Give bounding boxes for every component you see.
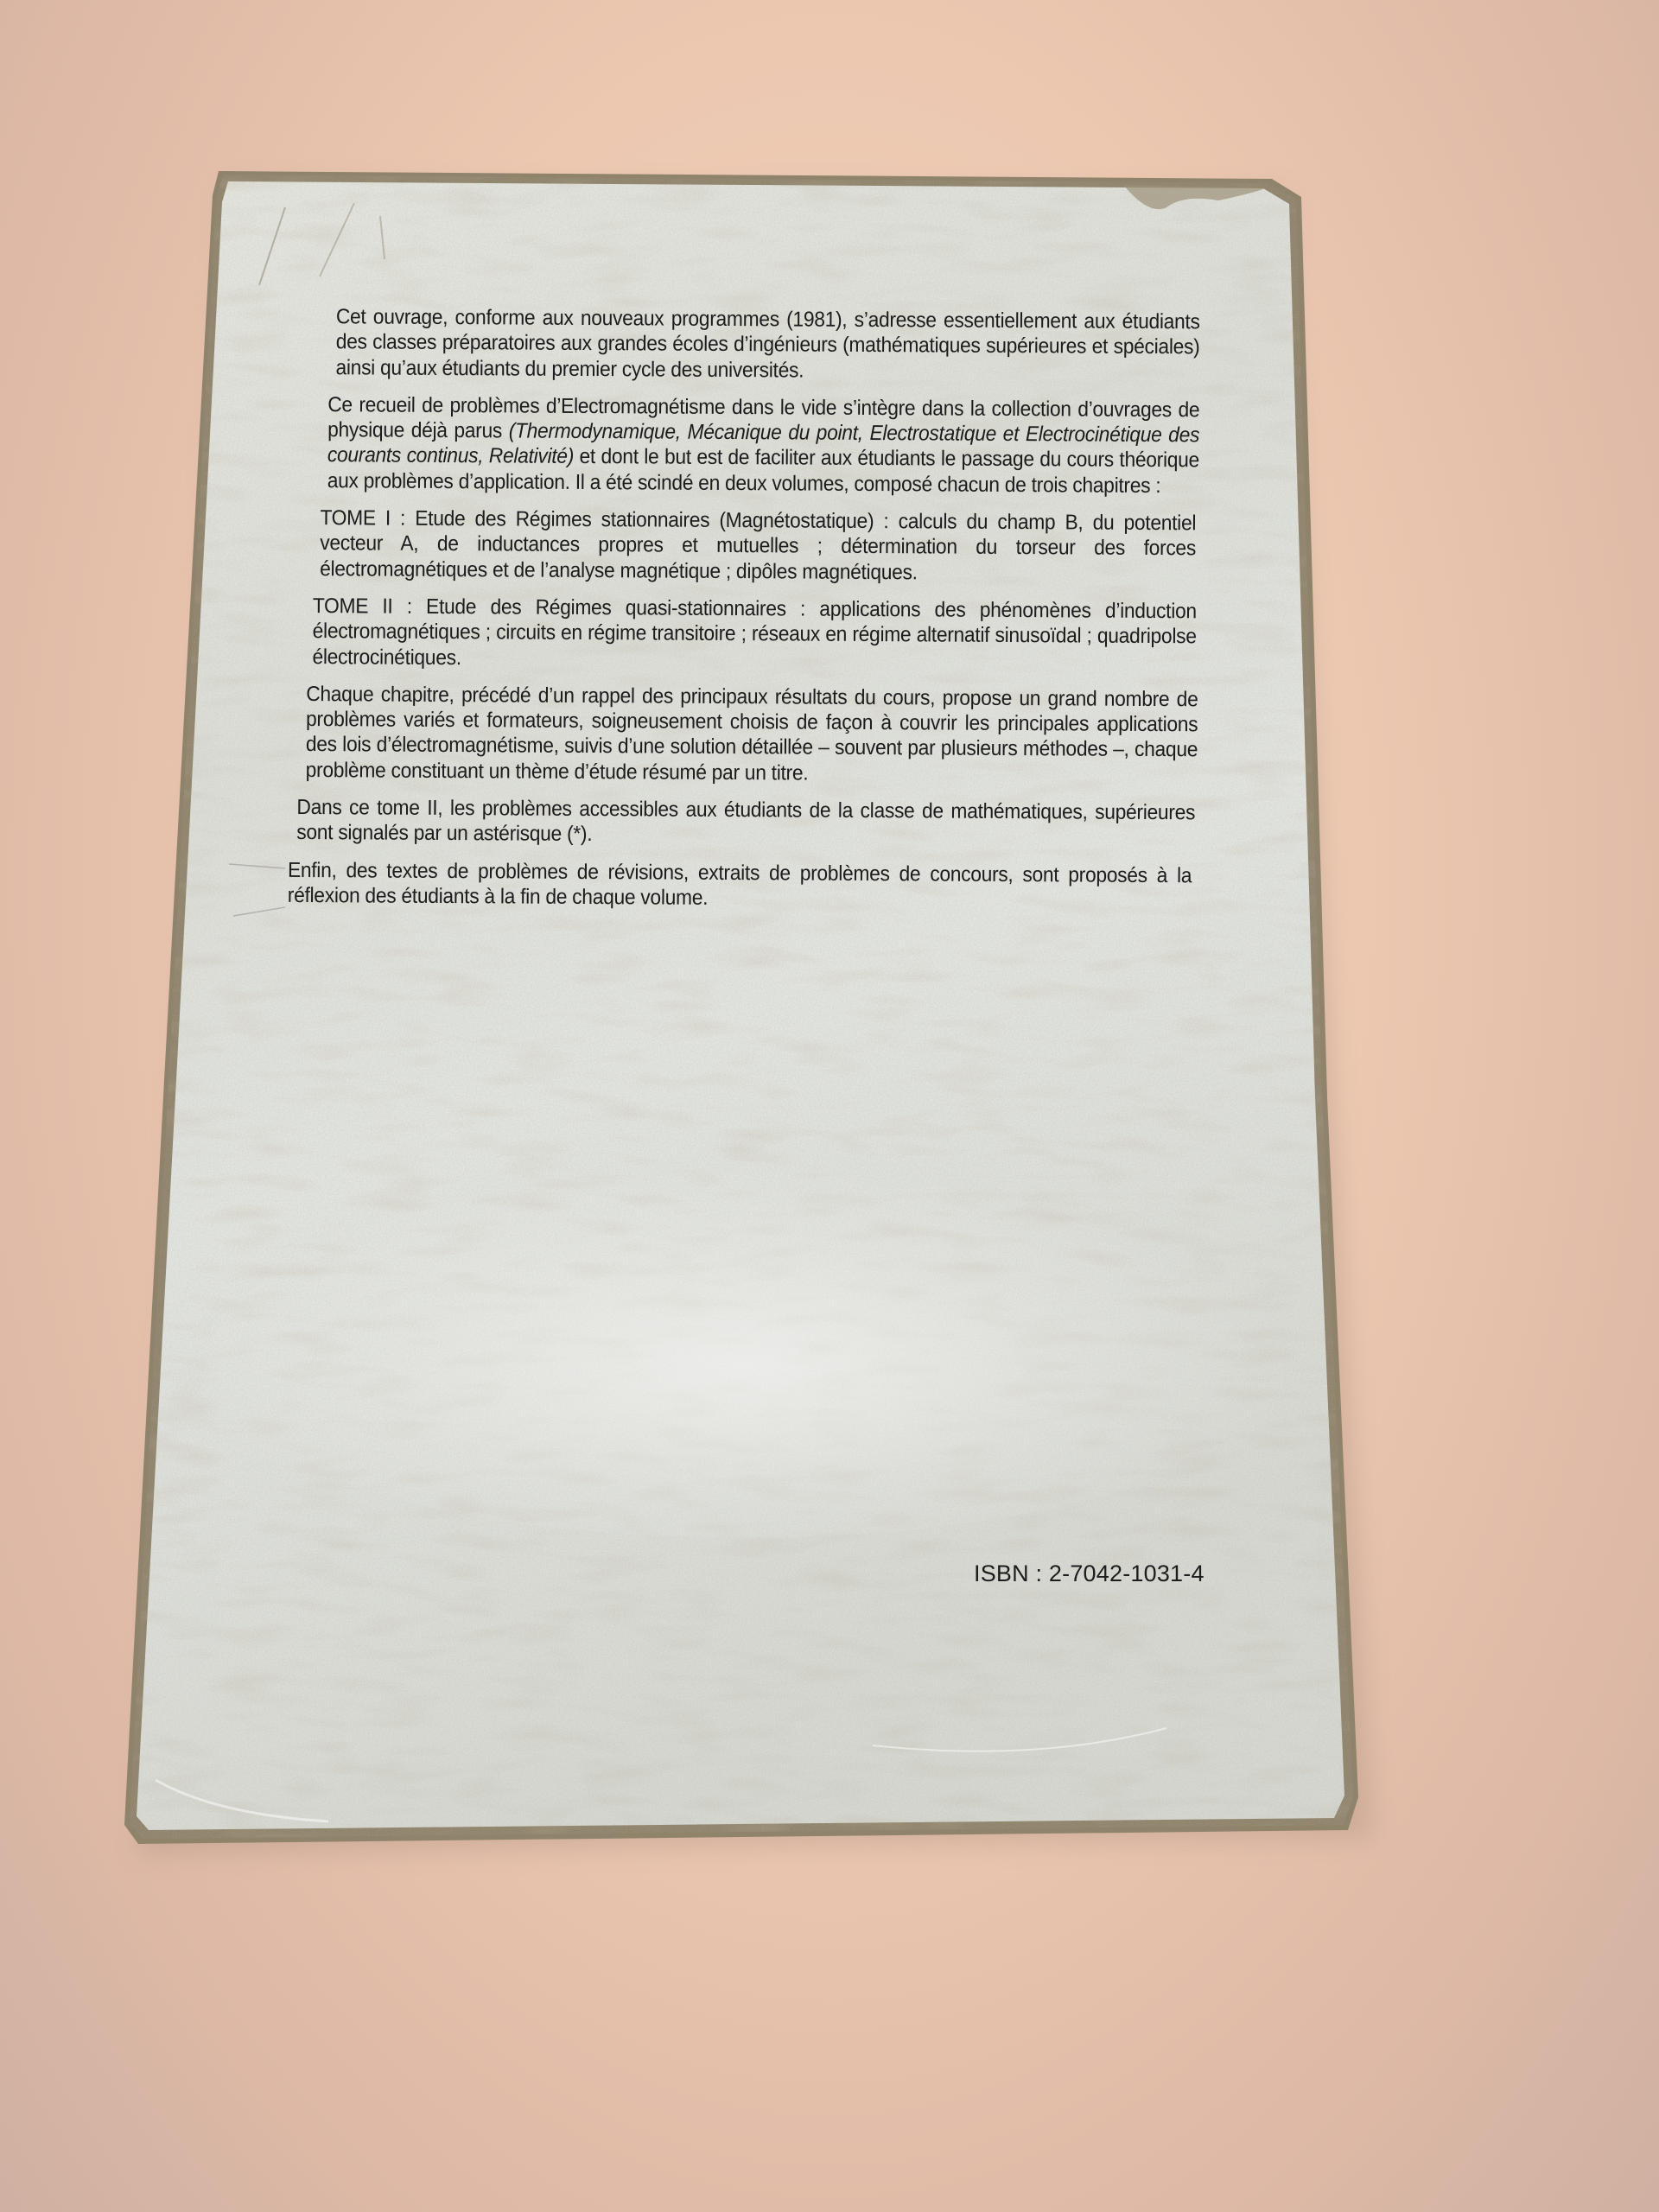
blurb-paragraph-asterisk: Dans ce tome II, les problèmes accessibl… — [296, 795, 1195, 851]
book-back-cover: Cet ouvrage, conforme aux nouveaux progr… — [0, 0, 1659, 2212]
blurb-paragraph-tome-2: TOME II : Etude des Régimes quasi-statio… — [312, 594, 1197, 675]
blurb-paragraph-tome-1: TOME I : Etude des Régimes stationnaires… — [320, 505, 1196, 587]
blurb-paragraph-audience: Cet ouvrage, conforme aux nouveaux progr… — [335, 304, 1199, 385]
blurb-paragraph-revision: Enfin, des textes de problèmes de révisi… — [288, 858, 1192, 914]
back-cover-blurb: Cet ouvrage, conforme aux nouveaux progr… — [301, 304, 1203, 926]
isbn-label: ISBN : 2-7042-1031-4 — [974, 1560, 1205, 1587]
blurb-paragraph-collection: Ce recueil de problèmes d’Electromagnéti… — [327, 392, 1200, 499]
blurb-paragraph-chapters: Chaque chapitre, précédé d’un rappel des… — [306, 682, 1198, 788]
